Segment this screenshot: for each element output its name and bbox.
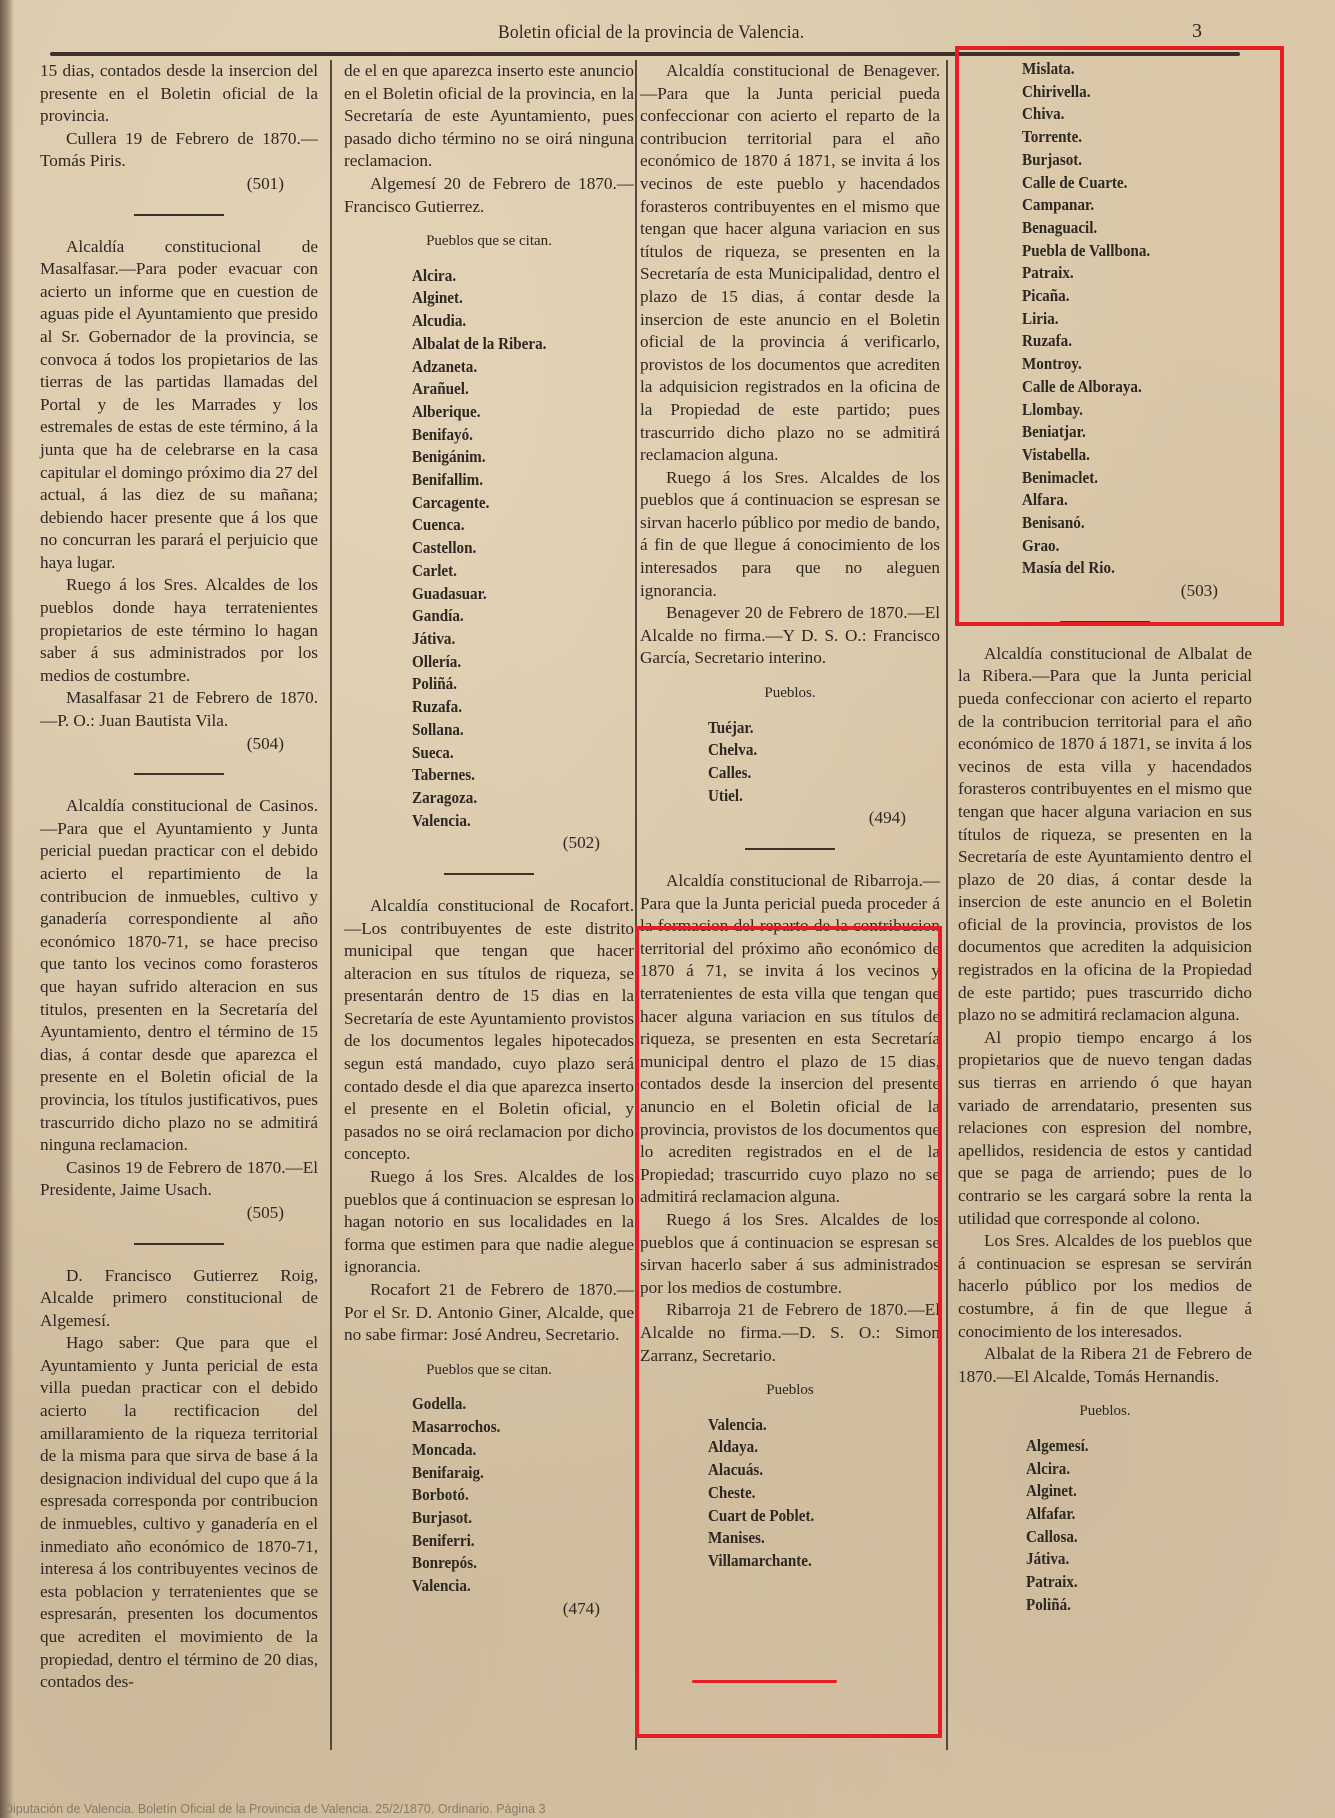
town-item: Adzaneta.: [412, 356, 607, 379]
town-item: Albalat de la Ribera.: [412, 333, 607, 356]
town-item: Alcira.: [412, 265, 607, 288]
town-item: Gandía.: [412, 605, 607, 628]
page-number: 3: [1192, 20, 1202, 43]
town-item: Ruzafa.: [412, 696, 607, 719]
article-albalat-request: Los Sres. Alcaldes de los pueblos que á …: [958, 1230, 1252, 1343]
town-item: Játiva.: [412, 628, 607, 651]
article-separator: [745, 848, 835, 850]
town-item: Benigánim.: [412, 446, 607, 469]
town-item: Poliñá.: [412, 673, 607, 696]
town-item: Sueca.: [412, 742, 607, 765]
article-ref-number: (504): [40, 733, 318, 756]
article-casinos-body: Alcaldía constitucional de Casinos.—Para…: [40, 795, 318, 1157]
town-list-heading: Pueblos.: [640, 682, 940, 705]
article-rocafort-body: Alcaldía constitucional de Rocafort.—Los…: [344, 895, 634, 1166]
town-item: Benifaraig.: [412, 1462, 607, 1485]
article-masalfasar-request: Ruego á los Sres. Alcaldes de los pueblo…: [40, 574, 318, 687]
town-item: Ollería.: [412, 651, 607, 674]
town-item: Tuéjar.: [708, 717, 912, 740]
town-item: Carcagente.: [412, 492, 607, 515]
town-list-heading: Pueblos que se citan.: [344, 1359, 634, 1382]
column-divider: [946, 60, 948, 1750]
town-item: Beniferri.: [412, 1530, 607, 1553]
algemesi-town-list: Alcira. Alginet. Alcudia. Albalat de la …: [344, 265, 634, 833]
rocafort-town-list: Godella. Masarrochos. Moncada. Benifarai…: [344, 1393, 634, 1597]
article-separator: [134, 773, 224, 775]
town-item: Calles.: [708, 762, 912, 785]
town-item: Benifallim.: [412, 469, 607, 492]
article-algemesi-body: Hago saber: Que para que el Ayuntamiento…: [40, 1332, 318, 1694]
article-signature: Cullera 19 de Febrero de 1870.—Tomás Pir…: [40, 128, 318, 173]
article-albalat-body: Alcaldía constitucional de Albalat de la…: [958, 643, 1252, 1027]
town-item: Masarrochos.: [412, 1416, 607, 1439]
article-separator: [444, 873, 534, 875]
town-item: Godella.: [412, 1393, 607, 1416]
benagever-town-list: Tuéjar. Chelva. Calles. Utiel.: [640, 717, 940, 808]
town-item: Bonrepós.: [412, 1552, 607, 1575]
town-item: Algemesí.: [1026, 1435, 1225, 1458]
source-caption: Diputación de Valencia. Boletín Oficial …: [4, 1802, 546, 1816]
article-ref-number: (502): [344, 832, 634, 855]
town-item: Tabernes.: [412, 764, 607, 787]
town-item: Arañuel.: [412, 378, 607, 401]
article-rocafort-signature: Rocafort 21 de Febrero de 1870.—Por el S…: [344, 1279, 634, 1347]
article-algemesi-intro: D. Francisco Gutierrez Roig, Alcalde pri…: [40, 1265, 318, 1333]
town-item: Alberique.: [412, 401, 607, 424]
underline-cuart-de-poblet: [692, 1680, 837, 1683]
article-separator: [134, 1243, 224, 1245]
highlight-box-ribarroja-notice: [635, 926, 942, 1738]
town-item: Castellon.: [412, 537, 607, 560]
column-1: 15 dias, contados desde la insercion del…: [40, 60, 318, 1694]
article-ref-number: (494): [640, 807, 940, 830]
article-algemesi-signature: Algemesí 20 de Febrero de 1870.—Francisc…: [344, 173, 634, 218]
article-albalat-signature: Albalat de la Ribera 21 de Febrero de 18…: [958, 1343, 1252, 1388]
town-item: Carlet.: [412, 560, 607, 583]
article-casinos-signature: Casinos 19 de Febrero de 1870.—El Presid…: [40, 1157, 318, 1202]
town-item: Utiel.: [708, 785, 912, 808]
article-benagever-signature: Benagever 20 de Febrero de 1870.—El Alca…: [640, 602, 940, 670]
article-benagever-request: Ruego á los Sres. Alcaldes de los pueblo…: [640, 467, 940, 603]
column-2: de el en que aparezca inserto este anunc…: [344, 60, 634, 1620]
page-header: Boletin oficial de la provincia de Valen…: [0, 18, 1335, 48]
newspaper-title: Boletin oficial de la provincia de Valen…: [498, 22, 804, 44]
article-benagever-body: Alcaldía constitucional de Benagever.—Pa…: [640, 60, 940, 467]
article-ref-number: (505): [40, 1202, 318, 1225]
town-item: Valencia.: [412, 810, 607, 833]
article-ref-number: (474): [344, 1598, 634, 1621]
highlight-box-ribarroja-towns: [955, 46, 1284, 626]
article-text: 15 dias, contados desde la insercion del…: [40, 60, 318, 128]
column-divider: [330, 60, 332, 1750]
article-separator: [134, 214, 224, 216]
town-item: Poliñá.: [1026, 1594, 1225, 1617]
article-ref-number: (501): [40, 173, 318, 196]
town-item: Alginet.: [1026, 1480, 1225, 1503]
town-item: Burjasot.: [412, 1507, 607, 1530]
article-algemesi-continued: de el en que aparezca inserto este anunc…: [344, 60, 634, 173]
town-item: Callosa.: [1026, 1526, 1225, 1549]
town-item: Cuenca.: [412, 514, 607, 537]
town-item: Játiva.: [1026, 1548, 1225, 1571]
town-item: Zaragoza.: [412, 787, 607, 810]
town-list-heading: Pueblos.: [958, 1400, 1252, 1423]
town-list-heading: Pueblos que se citan.: [344, 230, 634, 253]
town-item: Borbotó.: [412, 1484, 607, 1507]
town-item: Moncada.: [412, 1439, 607, 1462]
town-item: Sollana.: [412, 719, 607, 742]
town-item: Valencia.: [412, 1575, 607, 1598]
article-masalfasar-signature: Masalfasar 21 de Febrero de 1870.—P. O.:…: [40, 687, 318, 732]
town-item: Alcira.: [1026, 1458, 1225, 1481]
article-rocafort-request: Ruego á los Sres. Alcaldes de los pueblo…: [344, 1166, 634, 1279]
page-binding-edge: [0, 0, 14, 1818]
town-item: Guadasuar.: [412, 583, 607, 606]
town-item: Chelva.: [708, 739, 912, 762]
article-masalfasar-body: Alcaldía constitucional de Masalfasar.—P…: [40, 236, 318, 575]
town-item: Patraix.: [1026, 1571, 1225, 1594]
town-item: Alginet.: [412, 287, 607, 310]
town-item: Alfafar.: [1026, 1503, 1225, 1526]
albalat-town-list: Algemesí. Alcira. Alginet. Alfafar. Call…: [958, 1435, 1252, 1617]
article-albalat-second: Al propio tiempo encargo á los propietar…: [958, 1027, 1252, 1230]
town-item: Alcudia.: [412, 310, 607, 333]
town-item: Benifayó.: [412, 424, 607, 447]
